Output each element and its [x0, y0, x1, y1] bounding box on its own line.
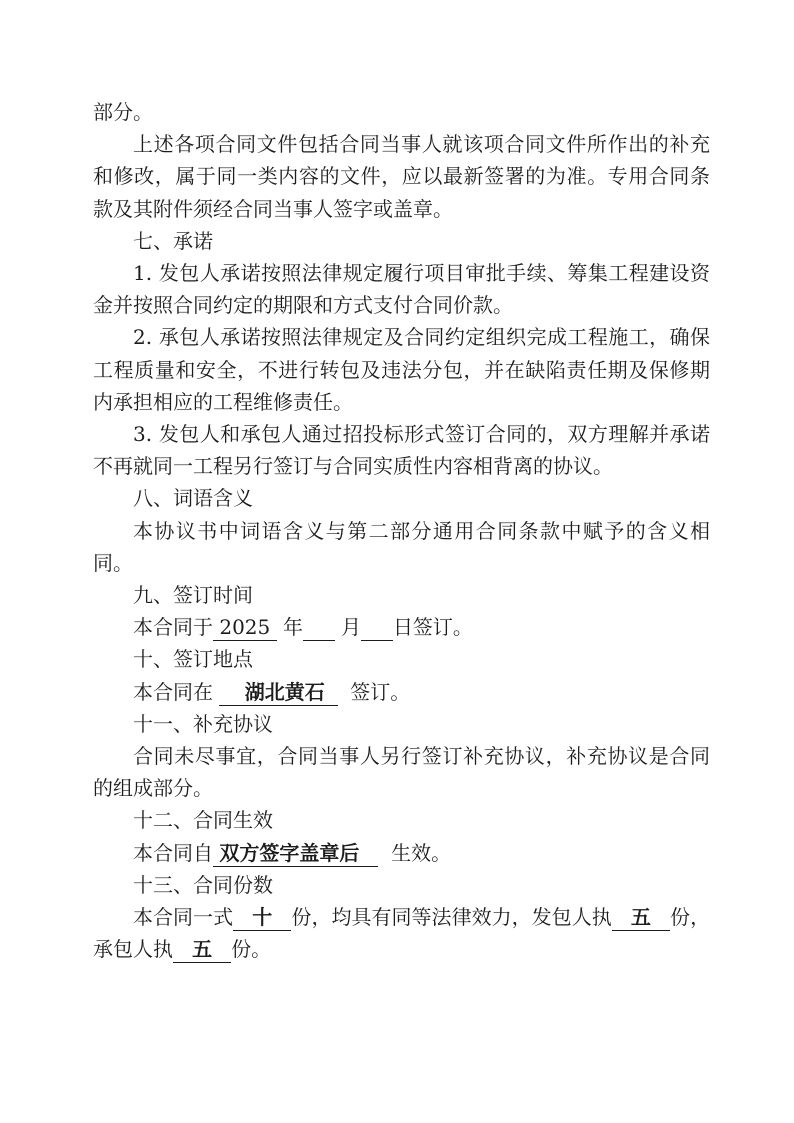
paragraph-commitment-3: 3. 发包人和承包人通过招投标形式签订合同的，双方理解并承诺不再就同一工程另行签…: [93, 418, 710, 482]
contract-document-page: 部分。 上述各项合同文件包括合同当事人就该项合同文件所作出的补充和修改，属于同一…: [0, 0, 794, 1123]
section-heading-commitments: 七、承诺: [93, 225, 710, 257]
contractor-copies-value: 五: [192, 937, 212, 963]
paragraph-contract-effectiveness: 本合同自 双方签字盖章后 生效。: [93, 837, 710, 869]
signing-place-suffix: 签订。: [338, 680, 411, 704]
year-label: 年: [277, 615, 303, 639]
copies-blank-5: [173, 937, 192, 963]
paragraph-contract-documents: 上述各项合同文件包括合同当事人就该项合同文件所作出的补充和修改，属于同一类内容的…: [93, 128, 710, 225]
copies-blank-3: [612, 905, 631, 931]
paragraph-signing-time: 本合同于 2025 年 月 日签订。: [93, 611, 710, 643]
section-heading-supplementary-agreement: 十一、补充协议: [93, 708, 710, 740]
copies-prefix: 本合同一式: [133, 905, 233, 929]
paragraph-supplementary-agreement: 合同未尽事宜，合同当事人另行签订补充协议，补充协议是合同的组成部分。: [93, 740, 710, 804]
effectiveness-tail-underline: [359, 841, 378, 867]
paragraph-contract-copies: 本合同一式 十 份，均具有同等法律效力，发包人执 五 份，承包人执 五 份。: [93, 901, 710, 965]
signing-year-value: 2025: [213, 615, 277, 641]
signing-place-prefix: 本合同在: [133, 680, 219, 704]
section-heading-contract-effectiveness: 十二、合同生效: [93, 804, 710, 836]
copies-blank-1: [233, 905, 252, 931]
paragraph-commitment-2: 2. 承包人承诺按照法律规定及合同约定组织完成工程施工，确保工程质量和安全，不进…: [93, 321, 710, 418]
paragraph-terms-meaning: 本协议书中词语含义与第二部分通用合同条款中赋予的含义相同。: [93, 515, 710, 579]
section-heading-signing-place: 十、签订地点: [93, 643, 710, 675]
paragraph-commitment-1: 1. 发包人承诺按照法律规定履行项目审批手续、筹集工程建设资金并按照合同约定的期…: [93, 257, 710, 321]
total-copies-value: 十: [252, 905, 272, 931]
copies-suffix: 份。: [231, 937, 271, 961]
signing-place-value: 湖北黄石: [245, 680, 325, 706]
month-blank-underline: [303, 615, 335, 641]
signing-time-suffix: 日签订。: [393, 615, 473, 639]
copies-blank-6: [212, 937, 231, 963]
section-heading-terms-meaning: 八、词语含义: [93, 482, 710, 514]
employer-copies-value: 五: [631, 905, 651, 931]
place-tail-underline: [325, 680, 338, 706]
paragraph-continuation: 部分。: [93, 96, 710, 128]
copies-mid-1: 份，均具有同等法律效力，发包人执: [291, 905, 611, 929]
effectiveness-prefix: 本合同自: [133, 841, 213, 865]
place-lead-underline: [219, 680, 244, 706]
copies-blank-2: [272, 905, 291, 931]
section-heading-signing-time: 九、签订时间: [93, 579, 710, 611]
signing-time-prefix: 本合同于: [133, 615, 213, 639]
day-blank-underline: [361, 615, 393, 641]
effectiveness-value: 双方签字盖章后: [219, 841, 359, 867]
paragraph-signing-place: 本合同在 湖北黄石 签订。: [93, 676, 710, 708]
section-heading-contract-copies: 十三、合同份数: [93, 869, 710, 901]
copies-blank-4: [651, 905, 670, 931]
month-label: 月: [335, 615, 361, 639]
effectiveness-suffix: 生效。: [378, 841, 451, 865]
